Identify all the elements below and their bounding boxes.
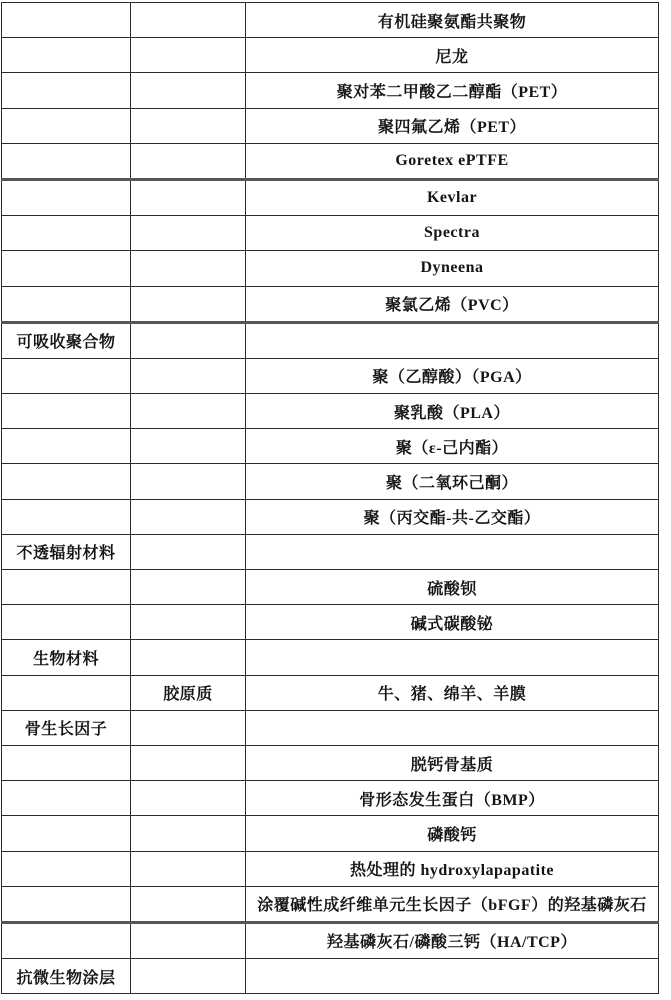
material-cell: 磷酸钙 bbox=[246, 816, 659, 851]
material-cell bbox=[246, 710, 659, 745]
subcategory-cell bbox=[131, 429, 246, 464]
subcategory-cell bbox=[131, 464, 246, 499]
subcategory-cell bbox=[131, 710, 246, 745]
table-row: 生物材料 bbox=[2, 640, 659, 675]
category-cell bbox=[2, 922, 131, 958]
category-cell bbox=[2, 251, 131, 286]
material-cell: 骨形态发生蛋白（BMP） bbox=[246, 781, 659, 816]
material-cell bbox=[246, 322, 659, 358]
category-cell bbox=[2, 38, 131, 73]
category-cell bbox=[2, 851, 131, 886]
category-cell: 骨生长因子 bbox=[2, 710, 131, 745]
table-row: 热处理的 hydroxylapapatite bbox=[2, 851, 659, 886]
material-cell: 碱式碳酸铋 bbox=[246, 605, 659, 640]
material-cell: Kevlar bbox=[246, 179, 659, 215]
table-row: 骨形态发生蛋白（BMP） bbox=[2, 781, 659, 816]
subcategory-cell bbox=[131, 816, 246, 851]
table-row: 硫酸钡 bbox=[2, 570, 659, 605]
subcategory-cell bbox=[131, 143, 246, 179]
material-cell: 聚（乙醇酸）（PGA） bbox=[246, 358, 659, 393]
subcategory-cell bbox=[131, 108, 246, 143]
category-cell bbox=[2, 73, 131, 108]
subcategory-cell bbox=[131, 358, 246, 393]
material-cell: 硫酸钡 bbox=[246, 570, 659, 605]
material-cell: 牛、猪、绵羊、羊膜 bbox=[246, 675, 659, 710]
category-cell bbox=[2, 675, 131, 710]
table-row: 尼龙 bbox=[2, 38, 659, 73]
material-cell: 聚乳酸（PLA） bbox=[246, 394, 659, 429]
category-cell bbox=[2, 394, 131, 429]
table-row: 聚氯乙烯（PVC） bbox=[2, 286, 659, 322]
category-cell bbox=[2, 816, 131, 851]
subcategory-cell bbox=[131, 534, 246, 569]
table-row: 聚（ε-己内酯） bbox=[2, 429, 659, 464]
table-row: 不透辐射材料 bbox=[2, 534, 659, 569]
subcategory-cell bbox=[131, 322, 246, 358]
subcategory-cell bbox=[131, 605, 246, 640]
table-row: 抗微生物涂层 bbox=[2, 959, 659, 994]
category-cell bbox=[2, 286, 131, 322]
material-cell: 脱钙骨基质 bbox=[246, 745, 659, 780]
table-row: 聚（丙交酯-共-乙交酯） bbox=[2, 499, 659, 534]
patent-document-page: 有机硅聚氨酯共聚物尼龙聚对苯二甲酸乙二醇酯（PET）聚四氟乙烯（PET）Gore… bbox=[0, 0, 671, 1000]
subcategory-cell bbox=[131, 781, 246, 816]
category-cell bbox=[2, 605, 131, 640]
category-cell bbox=[2, 499, 131, 534]
material-cell: Spectra bbox=[246, 216, 659, 251]
subcategory-cell bbox=[131, 922, 246, 958]
table-row: 碱式碳酸铋 bbox=[2, 605, 659, 640]
table-row: 可吸收聚合物 bbox=[2, 322, 659, 358]
material-cell bbox=[246, 959, 659, 994]
subcategory-cell bbox=[131, 640, 246, 675]
subcategory-cell bbox=[131, 886, 246, 922]
category-cell bbox=[2, 3, 131, 38]
material-cell: 热处理的 hydroxylapapatite bbox=[246, 851, 659, 886]
materials-table-body: 有机硅聚氨酯共聚物尼龙聚对苯二甲酸乙二醇酯（PET）聚四氟乙烯（PET）Gore… bbox=[2, 3, 659, 994]
subcategory-cell bbox=[131, 851, 246, 886]
category-cell bbox=[2, 781, 131, 816]
material-cell: 聚（丙交酯-共-乙交酯） bbox=[246, 499, 659, 534]
subcategory-cell bbox=[131, 3, 246, 38]
material-cell: 尼龙 bbox=[246, 38, 659, 73]
table-row: Kevlar bbox=[2, 179, 659, 215]
subcategory-cell bbox=[131, 179, 246, 215]
subcategory-cell bbox=[131, 394, 246, 429]
category-cell bbox=[2, 358, 131, 393]
category-cell bbox=[2, 570, 131, 605]
material-cell bbox=[246, 534, 659, 569]
subcategory-cell bbox=[131, 959, 246, 994]
category-cell bbox=[2, 886, 131, 922]
material-cell: 涂覆碱性成纤维单元生长因子（bFGF）的羟基磷灰石 bbox=[246, 886, 659, 922]
category-cell bbox=[2, 216, 131, 251]
table-row: Goretex ePTFE bbox=[2, 143, 659, 179]
table-row: 骨生长因子 bbox=[2, 710, 659, 745]
category-cell: 抗微生物涂层 bbox=[2, 959, 131, 994]
category-cell bbox=[2, 464, 131, 499]
subcategory-cell bbox=[131, 251, 246, 286]
material-cell: 聚（二氧环己酮） bbox=[246, 464, 659, 499]
material-cell: 羟基磷灰石/磷酸三钙（HA/TCP） bbox=[246, 922, 659, 958]
table-row: 羟基磷灰石/磷酸三钙（HA/TCP） bbox=[2, 922, 659, 958]
category-cell: 可吸收聚合物 bbox=[2, 322, 131, 358]
category-cell bbox=[2, 179, 131, 215]
table-row: 聚（二氧环己酮） bbox=[2, 464, 659, 499]
table-row: 磷酸钙 bbox=[2, 816, 659, 851]
category-cell bbox=[2, 745, 131, 780]
material-cell: Dyneena bbox=[246, 251, 659, 286]
table-row: 胶原质牛、猪、绵羊、羊膜 bbox=[2, 675, 659, 710]
table-row: Spectra bbox=[2, 216, 659, 251]
material-cell: 有机硅聚氨酯共聚物 bbox=[246, 3, 659, 38]
subcategory-cell: 胶原质 bbox=[131, 675, 246, 710]
table-row: 涂覆碱性成纤维单元生长因子（bFGF）的羟基磷灰石 bbox=[2, 886, 659, 922]
category-cell bbox=[2, 429, 131, 464]
subcategory-cell bbox=[131, 216, 246, 251]
material-cell: 聚对苯二甲酸乙二醇酯（PET） bbox=[246, 73, 659, 108]
material-cell: 聚氯乙烯（PVC） bbox=[246, 286, 659, 322]
category-cell: 不透辐射材料 bbox=[2, 534, 131, 569]
category-cell bbox=[2, 108, 131, 143]
table-row: Dyneena bbox=[2, 251, 659, 286]
subcategory-cell bbox=[131, 570, 246, 605]
table-row: 聚（乙醇酸）（PGA） bbox=[2, 358, 659, 393]
material-cell: 聚四氟乙烯（PET） bbox=[246, 108, 659, 143]
table-row: 有机硅聚氨酯共聚物 bbox=[2, 3, 659, 38]
subcategory-cell bbox=[131, 745, 246, 780]
materials-table: 有机硅聚氨酯共聚物尼龙聚对苯二甲酸乙二醇酯（PET）聚四氟乙烯（PET）Gore… bbox=[1, 2, 659, 994]
material-cell: 聚（ε-己内酯） bbox=[246, 429, 659, 464]
table-row: 聚对苯二甲酸乙二醇酯（PET） bbox=[2, 73, 659, 108]
subcategory-cell bbox=[131, 499, 246, 534]
subcategory-cell bbox=[131, 38, 246, 73]
subcategory-cell bbox=[131, 73, 246, 108]
category-cell bbox=[2, 143, 131, 179]
subcategory-cell bbox=[131, 286, 246, 322]
table-row: 聚乳酸（PLA） bbox=[2, 394, 659, 429]
category-cell: 生物材料 bbox=[2, 640, 131, 675]
material-cell bbox=[246, 640, 659, 675]
table-row: 脱钙骨基质 bbox=[2, 745, 659, 780]
material-cell: Goretex ePTFE bbox=[246, 143, 659, 179]
table-row: 聚四氟乙烯（PET） bbox=[2, 108, 659, 143]
